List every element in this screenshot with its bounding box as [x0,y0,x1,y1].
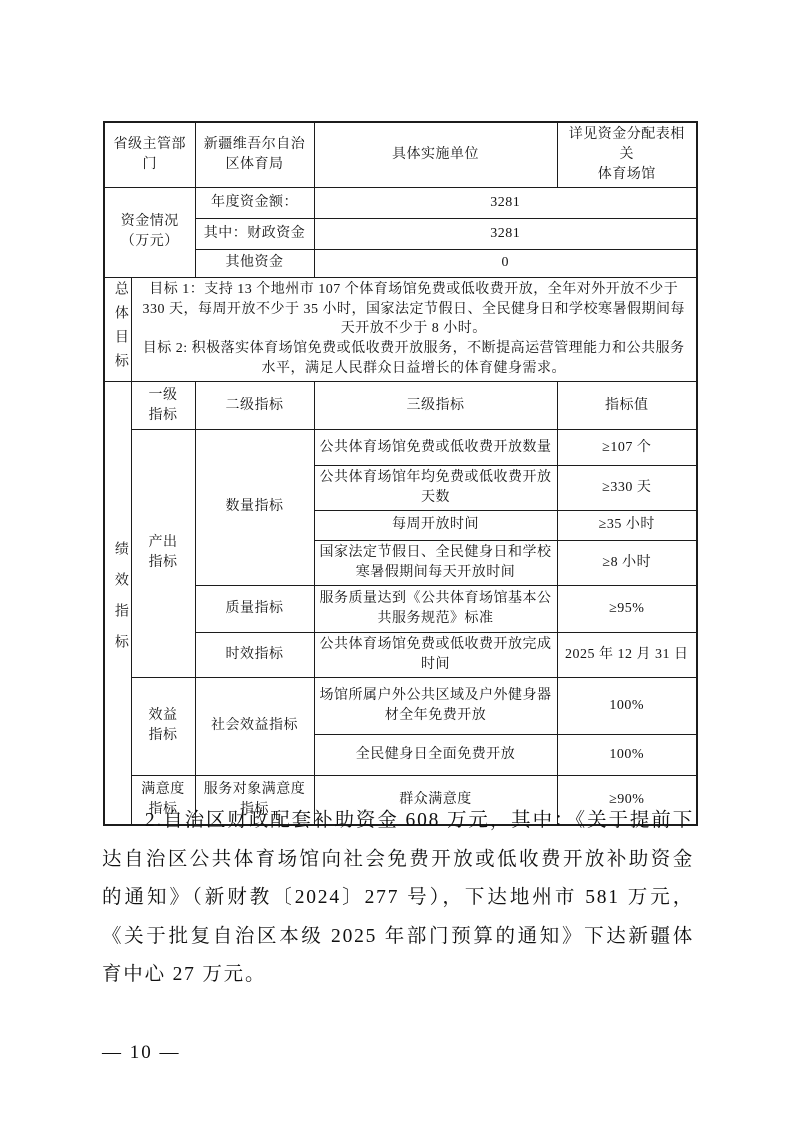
output-indicator-label-cell: 产出 指标 [131,430,195,678]
indicator-name-cell: 场馆所属户外公共区域及户外健身器 材全年免费开放 [314,677,557,734]
value-header-cell: 指标值 [557,382,697,430]
dept-label-cell: 省级主管部 门 [104,122,195,187]
table-row: 省级主管部 门 新疆维吾尔自治 区体育局 具体实施单位 详见资金分配表相关 体育… [104,122,697,187]
fiscal-funds-value-cell: 3281 [314,218,697,249]
social-benefit-indicator-label-cell: 社会效益指标 [195,677,314,775]
indicator-name-cell: 公共体育场馆免费或低收费开放数量 [314,430,557,466]
table-row: 产出 指标 数量指标 公共体育场馆免费或低收费开放数量 ≥107 个 [104,430,697,466]
dept-value-cell: 新疆维吾尔自治 区体育局 [195,122,314,187]
document-page: 省级主管部 门 新疆维吾尔自治 区体育局 具体实施单位 详见资金分配表相关 体育… [0,0,793,1122]
level3-header-cell: 三级指标 [314,382,557,430]
benefit-indicator-label-cell: 效益 指标 [131,677,195,775]
indicator-value-cell: ≥107 个 [557,430,697,466]
implementing-unit-label-cell: 具体实施单位 [314,122,557,187]
level2-header-cell: 二级指标 [195,382,314,430]
performance-vertical-label: 绩效指标 [110,541,130,665]
indicator-value-cell: 2025 年 12 月 31 日 [557,632,697,677]
goal-2-text: 目标 2: 积极落实体育场馆免费或低收费开放服务，不断提高运营管理能力和公共服务… [137,339,692,379]
indicator-name-cell: 全民健身日全面免费开放 [314,734,557,775]
quality-indicator-label-cell: 质量指标 [195,585,314,632]
annual-amount-label-cell: 年度资金额： [195,187,314,218]
indicator-value-cell: 100% [557,734,697,775]
table-row: 绩效指标 一级 指标 二级指标 三级指标 指标值 [104,382,697,430]
indicator-value-cell: 100% [557,677,697,734]
budget-performance-table: 省级主管部 门 新疆维吾尔自治 区体育局 具体实施单位 详见资金分配表相关 体育… [103,121,698,826]
page-number: — 10 — [102,1042,181,1064]
funding-section-label-cell: 资金情况 （万元） [104,187,195,277]
annual-amount-value-cell: 3281 [314,187,697,218]
body-paragraph: 2.自治区财政配套补助资金 608 万元，其中：《关于提前下达自治区公共体育场馆… [102,802,694,995]
timeliness-indicator-label-cell: 时效指标 [195,632,314,677]
overall-goal-vertical-label: 总体目标 [110,281,130,377]
overall-goal-label-cell: 总体目标 [104,277,131,381]
indicator-name-cell: 每周开放时间 [314,510,557,540]
indicator-value-cell: ≥8 小时 [557,540,697,585]
table-row: 效益 指标 社会效益指标 场馆所属户外公共区域及户外健身器 材全年免费开放 10… [104,677,697,734]
implementing-unit-value-cell: 详见资金分配表相关 体育场馆 [557,122,697,187]
indicator-name-cell: 服务质量达到《公共体育场馆基本公 共服务规范》标准 [314,585,557,632]
fiscal-funds-label-cell: 其中：财政资金 [195,218,314,249]
other-funds-label-cell: 其他资金 [195,249,314,277]
goal-1-text: 目标 1：支持 13 个地州市 107 个体育场馆免费或低收费开放，全年对外开放… [137,280,692,340]
indicator-name-cell: 公共体育场馆免费或低收费开放完成 时间 [314,632,557,677]
indicator-name-cell: 国家法定节假日、全民健身日和学校 寒暑假期间每天开放时间 [314,540,557,585]
overall-goal-text-cell: 目标 1：支持 13 个地州市 107 个体育场馆免费或低收费开放，全年对外开放… [131,277,697,381]
other-funds-value-cell: 0 [314,249,697,277]
performance-section-label-cell: 绩效指标 [104,382,131,826]
quantity-indicator-label-cell: 数量指标 [195,430,314,586]
indicator-value-cell: ≥95% [557,585,697,632]
indicator-name-cell: 公共体育场馆年均免费或低收费开放 天数 [314,466,557,511]
table-row: 资金情况 （万元） 年度资金额： 3281 [104,187,697,218]
table-row: 总体目标 目标 1：支持 13 个地州市 107 个体育场馆免费或低收费开放，全… [104,277,697,381]
indicator-value-cell: ≥330 天 [557,466,697,511]
indicator-value-cell: ≥35 小时 [557,510,697,540]
level1-header-cell: 一级 指标 [131,382,195,430]
